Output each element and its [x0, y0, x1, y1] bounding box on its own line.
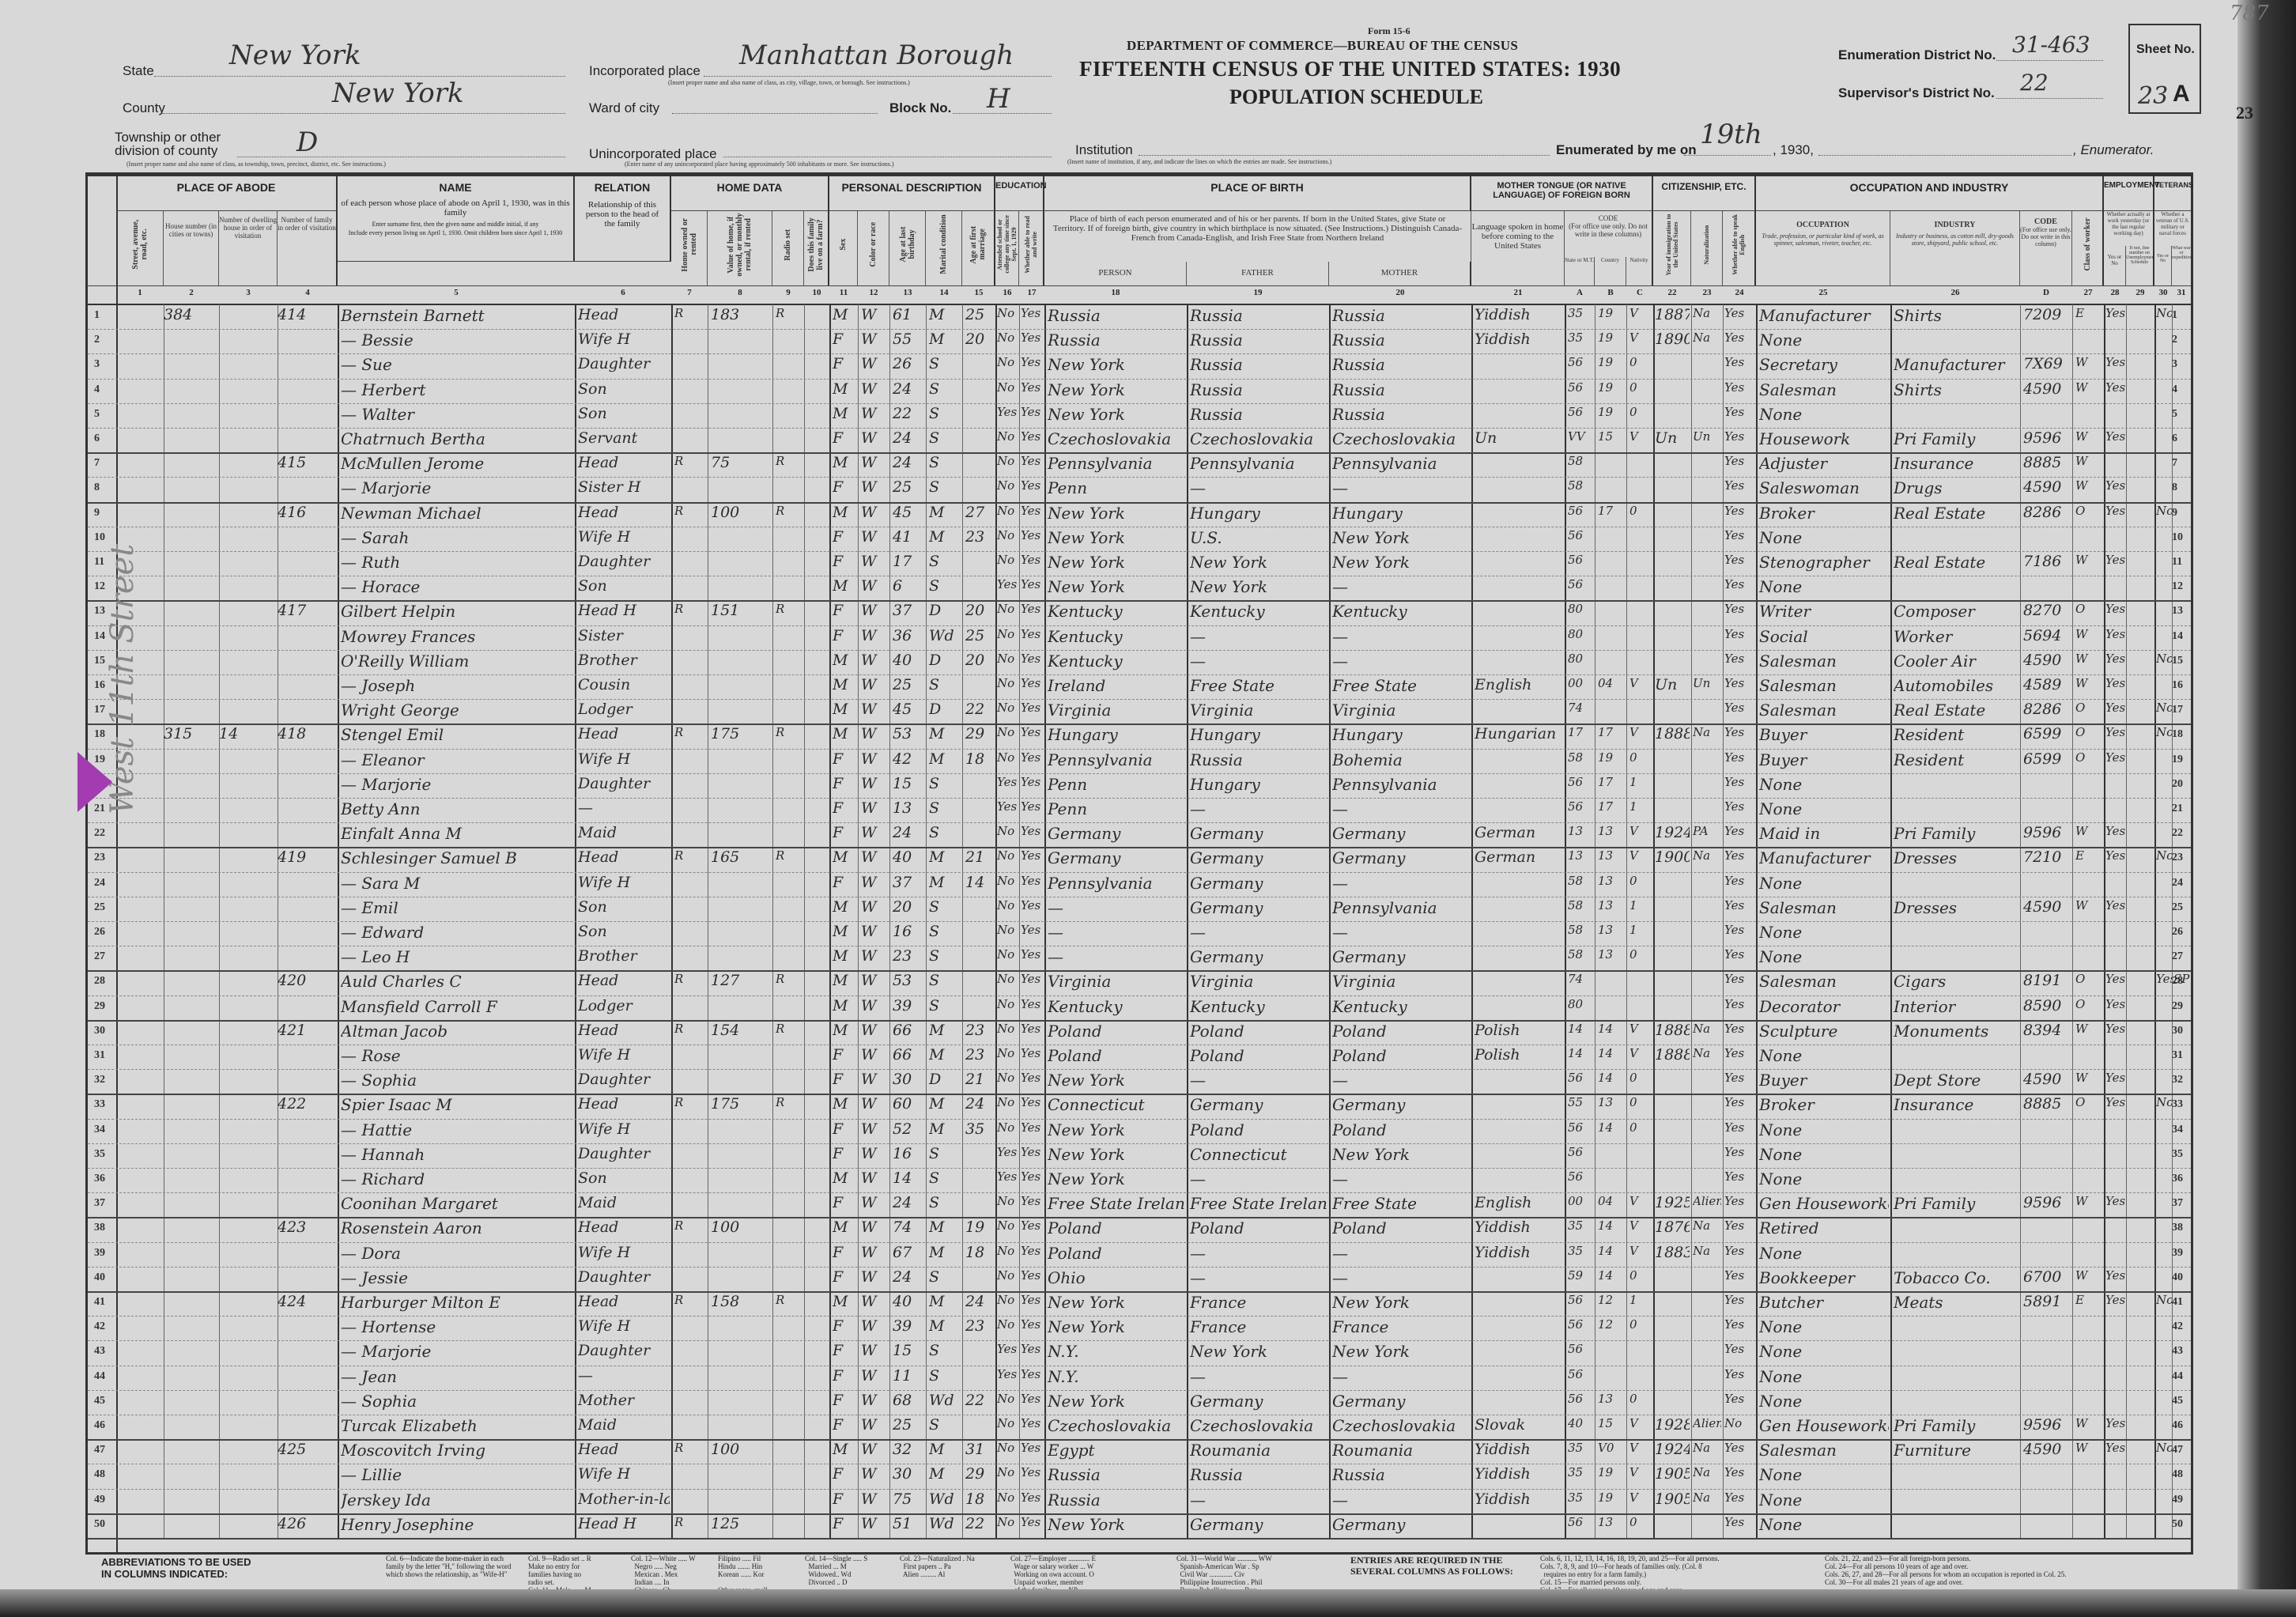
- cell-relation: Head H: [578, 1515, 670, 1532]
- table-row: 44— HerbertSonMW24SNoYesNew YorkRussiaRu…: [88, 379, 2191, 404]
- cell-cc: 0: [1629, 504, 1652, 518]
- cell-cls: W: [2075, 824, 2102, 838]
- cell-sex: F: [833, 1145, 856, 1162]
- cell-school: No: [997, 331, 1019, 345]
- cell-work: Yes: [2105, 478, 2126, 493]
- cell-birth: Virginia: [1048, 972, 1185, 991]
- cell-work: Yes: [2105, 725, 2126, 739]
- cell-cc: V: [1629, 1490, 1652, 1505]
- cell-code: 7186: [2023, 553, 2071, 570]
- cell-owned: R: [674, 504, 706, 518]
- cell-cc: 0: [1629, 1071, 1652, 1085]
- abbrev-col6: Col. 6—Indicate the home-maker in each f…: [386, 1555, 512, 1578]
- cell-value: 151: [711, 602, 771, 619]
- cell-birth: Free State Ireland: [1048, 1194, 1185, 1213]
- cell-cc: 0: [1629, 1317, 1652, 1332]
- cell-vet: Yes: [2156, 972, 2172, 986]
- cell-school: No: [997, 997, 1019, 1011]
- cell-work: Yes: [2105, 750, 2126, 765]
- cell-code: 8191: [2023, 972, 2071, 989]
- cell-marital: S: [929, 355, 961, 372]
- header-english: Whether able to speak English: [1723, 211, 1756, 285]
- group-name: NAME of each person whose place of abode…: [338, 176, 575, 262]
- cell-code: 8885: [2023, 454, 2071, 471]
- cell-cb: 13: [1598, 1392, 1625, 1406]
- cell-work: Yes: [2105, 1095, 2126, 1109]
- cell-father: Russia: [1190, 355, 1327, 374]
- cell-vet: No: [2156, 652, 2172, 666]
- cell-occ: None: [1759, 923, 1889, 942]
- cell-name: — Ruth: [341, 553, 573, 572]
- cell-cc: 1: [1629, 1293, 1652, 1307]
- cell-school: No: [997, 1194, 1019, 1208]
- department-title: DEPARTMENT OF COMMERCE—BUREAU OF THE CEN…: [1127, 38, 1518, 54]
- cell-occ: Adjuster: [1759, 454, 1889, 473]
- line-number: 26: [94, 926, 105, 939]
- cell-sex: F: [833, 1244, 856, 1261]
- cell-ind: Real Estate: [1894, 504, 2018, 523]
- cell-relation: Son: [578, 1169, 670, 1187]
- cell-read: Yes: [1021, 355, 1043, 369]
- cell-mother: New York: [1332, 1293, 1470, 1312]
- header-value: Value of home, if owned, or monthly rent…: [708, 211, 772, 285]
- cell-birth: N.Y.: [1048, 1342, 1185, 1361]
- cell-cls: W: [2075, 676, 2102, 690]
- cell-cb: 04: [1598, 676, 1625, 690]
- cell-nat: Na: [1693, 848, 1721, 863]
- cell-cb: 14: [1598, 1218, 1625, 1233]
- cell-birth: New York: [1048, 1392, 1185, 1411]
- cell-relation: Maid: [578, 824, 670, 841]
- state-label: State: [123, 63, 154, 79]
- table-row: 77415McMullen JeromeHeadR75RMW24SNoYesPe…: [88, 452, 2191, 478]
- line-number-right: 39: [2172, 1247, 2183, 1260]
- cell-birth: Penn: [1048, 775, 1185, 794]
- cell-ca: 35: [1568, 1490, 1593, 1505]
- table-row: 4141424Harburger Milton EHeadR158RMW40M2…: [88, 1291, 2191, 1317]
- line-number-right: 32: [2172, 1074, 2183, 1086]
- cell-name: Turcak Elizabeth: [341, 1416, 573, 1435]
- table-row: 2525— EmilSonMW20SNoYes—GermanyPennsylva…: [88, 897, 2191, 922]
- cell-mother: New York: [1332, 528, 1470, 547]
- cell-race: W: [861, 1465, 888, 1483]
- cell-school: No: [997, 1392, 1019, 1406]
- cell-school: No: [997, 504, 1019, 518]
- cell-eng: Yes: [1724, 1441, 1754, 1455]
- header-school: Attended school or college any time sinc…: [995, 211, 1019, 285]
- cell-eng: Yes: [1724, 1095, 1754, 1109]
- cell-code: 5694: [2023, 627, 2071, 644]
- line-number-right: 20: [2172, 778, 2183, 791]
- cell-race: W: [861, 1071, 888, 1088]
- cell-owned: R: [674, 1022, 706, 1036]
- line-number: 17: [94, 704, 105, 716]
- cell-owned: R: [674, 848, 706, 863]
- line-number: 36: [94, 1173, 105, 1185]
- cell-age: 24: [893, 1268, 924, 1286]
- cell-mother: Free State: [1332, 676, 1470, 695]
- cell-name: Mowrey Frances: [341, 627, 573, 646]
- cell-lang: Un: [1475, 429, 1563, 447]
- cell-race: W: [861, 602, 888, 619]
- cell-school: No: [997, 874, 1019, 888]
- cell-sex: F: [833, 1416, 856, 1434]
- header-radio: Radio set: [772, 211, 804, 285]
- cell-ca: 56: [1568, 1392, 1593, 1406]
- cell-value: 175: [711, 1095, 771, 1113]
- cell-cc: 0: [1629, 1268, 1652, 1283]
- cell-birth: —: [1048, 947, 1185, 966]
- cell-school: No: [997, 1244, 1019, 1258]
- cell-race: W: [861, 1022, 888, 1039]
- cell-read: Yes: [1021, 1392, 1043, 1406]
- cell-code: 8590: [2023, 997, 2071, 1014]
- cell-birth: Ireland: [1048, 676, 1185, 695]
- incorporated-label: Incorporated place: [589, 63, 701, 79]
- cell-birth: Ohio: [1048, 1268, 1185, 1287]
- cell-nat: Un: [1693, 429, 1721, 444]
- state-value: New York: [229, 40, 361, 71]
- cell-relation: Head: [578, 725, 670, 742]
- cell-relation: Sister H: [578, 478, 670, 496]
- cell-cls: O: [2075, 750, 2102, 765]
- cell-cc: 0: [1629, 1392, 1652, 1406]
- line-number-right: 40: [2172, 1271, 2183, 1284]
- table-row: 181831514418Stengel EmilHeadR175RMW53M29…: [88, 723, 2191, 749]
- cell-age-marr: 14: [965, 874, 994, 891]
- cell-cb: 13: [1598, 1515, 1625, 1529]
- cell-age-marr: 19: [965, 1218, 994, 1236]
- cell-age-marr: 23: [965, 1317, 994, 1335]
- cell-cls: O: [2075, 701, 2102, 715]
- cell-sex: M: [833, 923, 856, 940]
- cell-race: W: [861, 1244, 888, 1261]
- cell-work: Yes: [2105, 1441, 2126, 1455]
- cell-name: — Hattie: [341, 1120, 573, 1139]
- cell-cc: V: [1629, 306, 1652, 320]
- cell-name: Stengel Emil: [341, 725, 573, 744]
- cell-read: Yes: [1021, 528, 1043, 542]
- cell-occ: Salesman: [1759, 1441, 1889, 1460]
- table-row: 66Chatrnuch BerthaServantFW24SNoYesCzech…: [88, 428, 2191, 454]
- cell-father: Germany: [1190, 947, 1327, 966]
- table-row: 1515O'Reilly WilliamBrotherMW40D20NoYesK…: [88, 650, 2191, 675]
- cell-marital: S: [929, 429, 961, 447]
- cell-marital: S: [929, 972, 961, 989]
- cell-ca: 56: [1568, 504, 1593, 518]
- cell-lang: English: [1475, 1194, 1563, 1211]
- colnum-15: 15: [962, 288, 995, 297]
- cell-ind: Worker: [1894, 627, 2018, 646]
- cell-cb: 14: [1598, 1022, 1625, 1036]
- cell-marital: M: [929, 306, 961, 323]
- line-number: 6: [94, 433, 100, 445]
- cell-eng: Yes: [1724, 1046, 1754, 1060]
- cell-relation: Head: [578, 848, 670, 866]
- cell-occ: Secretary: [1759, 355, 1889, 374]
- cell-age-marr: 22: [965, 1392, 994, 1409]
- cell-nat: Na: [1693, 1244, 1721, 1258]
- cell-sex: F: [833, 355, 856, 372]
- cell-eng: Yes: [1724, 775, 1754, 789]
- cell-eng: Yes: [1724, 602, 1754, 616]
- cell-marital: M: [929, 1441, 961, 1458]
- cell-cls: W: [2075, 627, 2102, 641]
- cell-ca: 56: [1568, 380, 1593, 395]
- cell-occ: None: [1759, 1317, 1889, 1336]
- abbrev-title: ABBREVIATIONS TO BE USED IN COLUMNS INDI…: [101, 1556, 259, 1580]
- cell-sex: M: [833, 848, 856, 866]
- header-dwelling: Number of dwelling house in order of vis…: [219, 211, 278, 285]
- cell-sex: F: [833, 627, 856, 644]
- cell-read: Yes: [1021, 676, 1043, 690]
- table-row: 3939— DoraWife HFW67M18NoYesPoland——Yidd…: [88, 1242, 2191, 1268]
- line-number: 25: [94, 901, 105, 914]
- table-row: 4444— Jean—FW11SYesYesN.Y.——56YesNone: [88, 1366, 2191, 1391]
- table-row: 3434— HattieWife HFW52M35NoYesNew YorkPo…: [88, 1119, 2191, 1144]
- cell-relation: Daughter: [578, 1342, 670, 1359]
- cell-code: 8286: [2023, 701, 2071, 718]
- cell-father: Germany: [1190, 1392, 1327, 1411]
- state-line: [154, 76, 565, 77]
- cell-sex: F: [833, 331, 856, 348]
- table-row: 33— SueDaughterFW26SNoYesNew YorkRussiaR…: [88, 353, 2191, 379]
- cell-eng: Yes: [1724, 306, 1754, 320]
- cell-name: — Horace: [341, 577, 573, 596]
- cell-ca: 58: [1568, 947, 1593, 962]
- cell-ind: Furniture: [1894, 1441, 2018, 1460]
- cell-occ: None: [1759, 1367, 1889, 1386]
- header-street: Street, avenue, road, etc.: [116, 211, 164, 285]
- cell-father: —: [1190, 1071, 1327, 1090]
- cell-occ: None: [1759, 1244, 1889, 1263]
- cell-eng: Yes: [1724, 898, 1754, 912]
- cell-marital: S: [929, 380, 961, 398]
- cell-occ: None: [1759, 1145, 1889, 1164]
- cell-race: W: [861, 1293, 888, 1310]
- cell-cc: V: [1629, 1218, 1652, 1233]
- cell-mother: —: [1332, 478, 1470, 497]
- cell-ca: 35: [1568, 1465, 1593, 1479]
- cell-age: 25: [893, 676, 924, 693]
- cell-father: Kentucky: [1190, 602, 1327, 621]
- cell-mother: Hungary: [1332, 725, 1470, 744]
- cell-relation: Wife H: [578, 1120, 670, 1138]
- sheet-label: Sheet No.: [2136, 43, 2195, 57]
- cell-read: Yes: [1021, 504, 1043, 518]
- cell-value: 100: [711, 1441, 771, 1458]
- cell-race: W: [861, 676, 888, 693]
- cell-school: No: [997, 1317, 1019, 1332]
- cell-age-marr: 29: [965, 725, 994, 742]
- cell-age: 14: [893, 1169, 924, 1187]
- cell-ca: 00: [1568, 676, 1593, 690]
- line-number: 2: [94, 334, 100, 346]
- cell-relation: Son: [578, 898, 670, 916]
- cell-cb: 04: [1598, 1194, 1625, 1208]
- group-place-of-abode: PLACE OF ABODE: [116, 176, 338, 211]
- cell-age-marr: 23: [965, 1022, 994, 1039]
- cell-cc: 0: [1629, 355, 1652, 369]
- cell-vet: No: [2156, 701, 2172, 715]
- cell-marital: Wd: [929, 1515, 961, 1532]
- cell-race: W: [861, 972, 888, 989]
- cell-cc: V: [1629, 1244, 1652, 1258]
- cell-birth: Russia: [1048, 1490, 1185, 1509]
- cell-ind: Dresses: [1894, 898, 2018, 917]
- cell-cb: V0: [1598, 1441, 1625, 1455]
- cell-value: 127: [711, 972, 771, 989]
- header-marital: Marital condition: [926, 211, 962, 285]
- cell-occ: Retired: [1759, 1218, 1889, 1237]
- line-number: 24: [94, 877, 105, 890]
- header-language: Language spoken in home before coming to…: [1471, 211, 1565, 285]
- cell-relation: Maid: [578, 1416, 670, 1434]
- cell-father: New York: [1190, 553, 1327, 572]
- cell-value: 100: [711, 504, 771, 521]
- line-number: 11: [94, 556, 104, 569]
- enumerated-line: [1684, 155, 1771, 156]
- cell-lang: Yiddish: [1475, 1490, 1563, 1508]
- cell-code: 8286: [2023, 504, 2071, 521]
- line-number-right: 8: [2172, 482, 2177, 494]
- cell-nat: Alien: [1693, 1416, 1721, 1430]
- cell-cb: 12: [1598, 1317, 1625, 1332]
- cell-school: No: [997, 355, 1019, 369]
- cell-code: 6599: [2023, 750, 2071, 768]
- cell-age: 42: [893, 750, 924, 768]
- cell-age: 66: [893, 1046, 924, 1064]
- table-row: 88— MarjorieSister HFW25SNoYesPenn——58Ye…: [88, 477, 2191, 503]
- cell-marital: S: [929, 1194, 961, 1211]
- cell-mother: Russia: [1332, 380, 1470, 399]
- cell-eng: Yes: [1724, 627, 1754, 641]
- cell-school: No: [997, 306, 1019, 320]
- group-personal-description: PERSONAL DESCRIPTION: [829, 176, 995, 211]
- cell-eng: Yes: [1724, 454, 1754, 468]
- header-owned: Home owned or rented: [671, 211, 708, 285]
- cell-work: Yes: [2105, 627, 2126, 641]
- cell-ca: 40: [1568, 1416, 1593, 1430]
- cell-ca: 56: [1568, 799, 1593, 814]
- cell-ca: 14: [1568, 1046, 1593, 1060]
- line-number-right: 9: [2172, 507, 2177, 519]
- cell-name: Einfalt Anna M: [341, 824, 573, 843]
- cell-work: Yes: [2105, 602, 2126, 616]
- ed-label: Enumeration District No.: [1838, 47, 1996, 63]
- cell-ca: 35: [1568, 1218, 1593, 1233]
- line-number-right: 7: [2172, 457, 2177, 470]
- cell-school: No: [997, 824, 1019, 838]
- cell-age: 15: [893, 1342, 924, 1359]
- cell-relation: Brother: [578, 652, 670, 669]
- cell-family: 419: [278, 848, 338, 866]
- cell-age: 40: [893, 1293, 924, 1310]
- line-number-right: 38: [2172, 1222, 2183, 1234]
- cell-birth: Penn: [1048, 799, 1185, 818]
- cell-cls: W: [2075, 355, 2102, 369]
- colnum-c: C: [1626, 288, 1653, 297]
- table-row: 2727— Leo HBrotherMW23SNoYes—GermanyGerm…: [88, 946, 2191, 972]
- cell-father: —: [1190, 799, 1327, 818]
- cell-eng: Yes: [1724, 1022, 1754, 1036]
- line-number: 1: [94, 309, 100, 322]
- cell-cls: W: [2075, 1441, 2102, 1455]
- cell-mother: —: [1332, 1071, 1470, 1090]
- line-number: 15: [94, 655, 105, 667]
- column-number-row: 1 2 3 4 5 6 7 8 9 10 11 12 13 14 15 16 1…: [88, 285, 2191, 305]
- cell-cb: 17: [1598, 799, 1625, 814]
- cell-father: Hungary: [1190, 725, 1327, 744]
- cell-cls: O: [2075, 972, 2102, 986]
- line-number: 13: [94, 605, 105, 618]
- cell-school: Yes: [997, 1169, 1019, 1184]
- colnum-4: 4: [278, 288, 338, 297]
- line-number: 33: [94, 1098, 105, 1111]
- institution-line: [1139, 155, 1550, 156]
- cell-mother: Pennsylvania: [1332, 898, 1470, 917]
- cell-relation: Son: [578, 380, 670, 398]
- cell-occ: None: [1759, 331, 1889, 349]
- cell-sex: F: [833, 799, 856, 817]
- cell-age: 53: [893, 725, 924, 742]
- cell-name: — Rose: [341, 1046, 573, 1065]
- cell-sex: F: [833, 1490, 856, 1508]
- cell-ca: 80: [1568, 627, 1593, 641]
- cell-age-marr: 29: [965, 1465, 994, 1483]
- cell-nat: Alien: [1693, 1194, 1721, 1208]
- cell-relation: Wife H: [578, 1465, 670, 1483]
- cell-birth: New York: [1048, 355, 1185, 374]
- cell-marital: M: [929, 725, 961, 742]
- cell-age: 13: [893, 799, 924, 817]
- cell-marital: S: [929, 1268, 961, 1286]
- cell-nat: Na: [1693, 725, 1721, 739]
- cell-marital: M: [929, 1293, 961, 1310]
- cell-name: Coonihan Margaret: [341, 1194, 573, 1213]
- cell-birth: Connecticut: [1048, 1095, 1185, 1114]
- colnum-2: 2: [164, 288, 219, 297]
- cell-father: Germany: [1190, 848, 1327, 867]
- cell-cb: 14: [1598, 1268, 1625, 1283]
- cell-ind: Shirts: [1894, 306, 2018, 325]
- enumerated-label: Enumerated by me on: [1556, 142, 1697, 158]
- cell-read: Yes: [1021, 1293, 1043, 1307]
- line-number-right: 18: [2172, 728, 2183, 741]
- cell-age-marr: 23: [965, 528, 994, 546]
- cell-relation: Wife H: [578, 331, 670, 348]
- cell-occ: None: [1759, 1515, 1889, 1534]
- cell-race: W: [861, 553, 888, 570]
- table-row: 11384414Bernstein BarnettHeadR183RMW61M2…: [88, 304, 2191, 330]
- cell-school: No: [997, 701, 1019, 715]
- cell-eng: Yes: [1724, 947, 1754, 962]
- cell-code: 4590: [2023, 380, 2071, 398]
- cell-cc: 0: [1629, 1515, 1652, 1529]
- header-birth-person: PERSON: [1044, 262, 1187, 285]
- cell-school: No: [997, 898, 1019, 912]
- cell-read: Yes: [1021, 1022, 1043, 1036]
- line-number: 8: [94, 482, 100, 494]
- cell-vet: No: [2156, 1293, 2172, 1307]
- cell-read: Yes: [1021, 1046, 1043, 1060]
- line-number-right: 35: [2172, 1148, 2183, 1161]
- cell-lang: Yiddish: [1475, 1218, 1563, 1236]
- cell-read: Yes: [1021, 874, 1043, 888]
- ed-line: [1996, 60, 2103, 61]
- cell-lang: German: [1475, 824, 1563, 841]
- cell-read: Yes: [1021, 997, 1043, 1011]
